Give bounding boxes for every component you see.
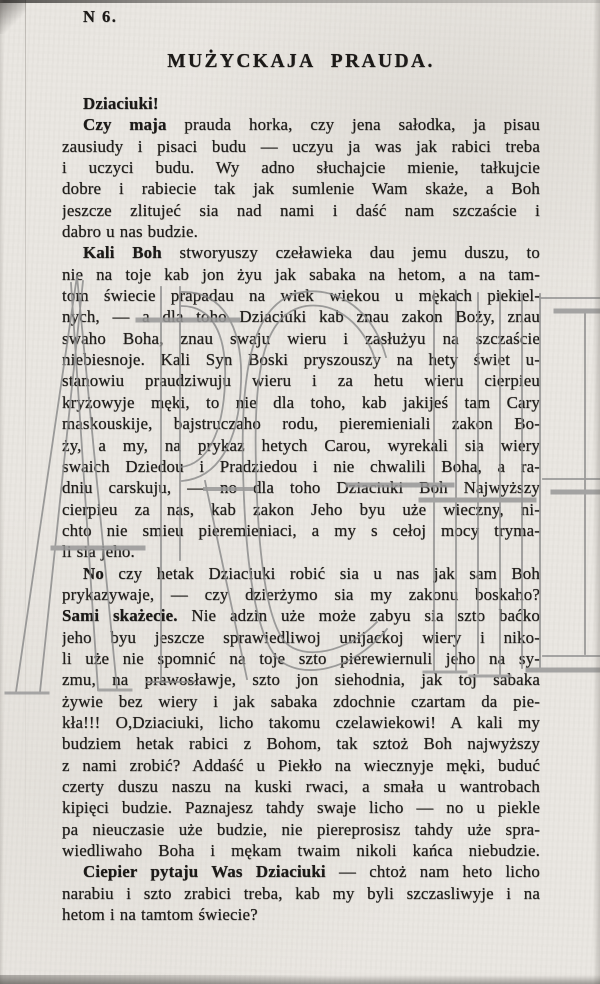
text-line: wiedliwaho Boha i mękam twaim nikoli kań… — [62, 840, 540, 861]
text-line: dobre i rabiecie tak jak sumlenie Wam sk… — [62, 178, 540, 199]
text-line: dniu carskuju, — no dla toho Dziaciuki B… — [62, 477, 540, 498]
text-line: Czy maja prauda horka, czy jena sałodka,… — [62, 114, 540, 135]
text-line: li sia jeho. — [62, 541, 540, 562]
text-line: jeszcze zlitujeć sia nad nami i daść nam… — [62, 200, 540, 221]
text-line: prykazywaje, — czy dzierżymo sia my zako… — [62, 584, 540, 605]
text-line: swaho Boha, znau swaju wieru i zasłużyu … — [62, 328, 540, 349]
scan-edge-right — [593, 0, 600, 984]
paragraph: Ciepier pytaju Was Dziaciuki — chtoż nam… — [62, 861, 540, 925]
text-line: chto nie smieu pieremieniaci, a my s ceł… — [62, 520, 540, 541]
text-line: kryżowyje męki, to nie dla toho, kab jak… — [62, 392, 540, 413]
text-line: Kali Boh stworyuszy czeławieka dau jemu … — [62, 242, 540, 263]
text-line: zmu, na prawosławje, szto jon siehodnia,… — [62, 669, 540, 690]
text-line: Dziaciuki! — [62, 93, 540, 114]
text-line: budziem hetak rabici z Bohom, tak sztoż … — [62, 733, 540, 754]
issue-number: N 6. — [83, 7, 117, 27]
text-line: i uczyci budu. Wy adno słuchajcie mienie… — [62, 157, 540, 178]
text-line: niebiesnoje. Kali Syn Boski pryszouszy n… — [62, 349, 540, 370]
text-line: No czy hetak Dziaciuki robić sia u nas j… — [62, 563, 540, 584]
text-line: stanowiu praudziwuju wieru i za hetu wie… — [62, 370, 540, 391]
page-title: MUŻYCKAJA PRAUDA. — [62, 51, 540, 73]
paragraph: Kali Boh stworyuszy czeławieka dau jemu … — [62, 242, 540, 562]
scan-edge-left — [0, 0, 4, 984]
text-line: ży, a my, na prykaz hetych Carou, wyreka… — [62, 435, 540, 456]
text-line: czerty duszu naszu na kuski rwaci, a sma… — [62, 776, 540, 797]
paper-crease — [25, 0, 26, 952]
text-line: jeho byu jeszcze sprawiedliwoj unijackoj… — [62, 627, 540, 648]
text-line: nie na toje kab jon żyu jak sabaka na he… — [62, 264, 540, 285]
text-line: nych, — a dla toho Dziaciuki kab znau za… — [62, 306, 540, 327]
text-line: żywie bez wiery i jak sabaka zdochnie cz… — [62, 691, 540, 712]
text-line: dabro u nas budzie. — [62, 221, 540, 242]
text-line: maskouskije, bajstruczaho rodu, pieremie… — [62, 413, 540, 434]
text-line: pa nieuczasie uże budzie, nie piereprosi… — [62, 819, 540, 840]
text-line: li uże nie spomnić na toje szto pierewie… — [62, 648, 540, 669]
text-line: cierpieu za nas, kab zakon Jeho byu uże … — [62, 499, 540, 520]
text-line: narabiu i szto zrabici treba, kab my byl… — [62, 883, 540, 904]
paragraph: No czy hetak Dziaciuki robić sia u nas j… — [62, 563, 540, 862]
text-line: Sami skażecie. Nie adzin uże może zabyu … — [62, 605, 540, 626]
text-line: Ciepier pytaju Was Dziaciuki — chtoż nam… — [62, 861, 540, 882]
text-line: zausiudy i pisaci budu — uczyu ja was ja… — [62, 136, 540, 157]
scan-edge-bottom — [0, 975, 600, 984]
text-line: tom świecie prapadau na wiek wiekou u mę… — [62, 285, 540, 306]
text-line: kipięci budzie. Paznajesz tahdy swaje li… — [62, 797, 540, 818]
paragraph: Czy maja prauda horka, czy jena sałodka,… — [62, 114, 540, 242]
text-line: kła!!! O,Dziaciuki, licho takomu czelawi… — [62, 712, 540, 733]
text-line: hetom i na tamtom świecie? — [62, 904, 540, 925]
paragraph: Dziaciuki! — [62, 93, 540, 114]
body-text: Dziaciuki!Czy maja prauda horka, czy jen… — [62, 93, 540, 925]
scan-edge-top — [0, 0, 600, 3]
text-line: z nami zrobić? Addaść u Piekło na wieczn… — [62, 755, 540, 776]
scanned-document-page: N 6. MUŻYCKAJA PRAUDA. Dziaciuki!Czy maj… — [0, 0, 600, 984]
text-line: swaich Dziedou i Pradziedou i nie chwali… — [62, 456, 540, 477]
